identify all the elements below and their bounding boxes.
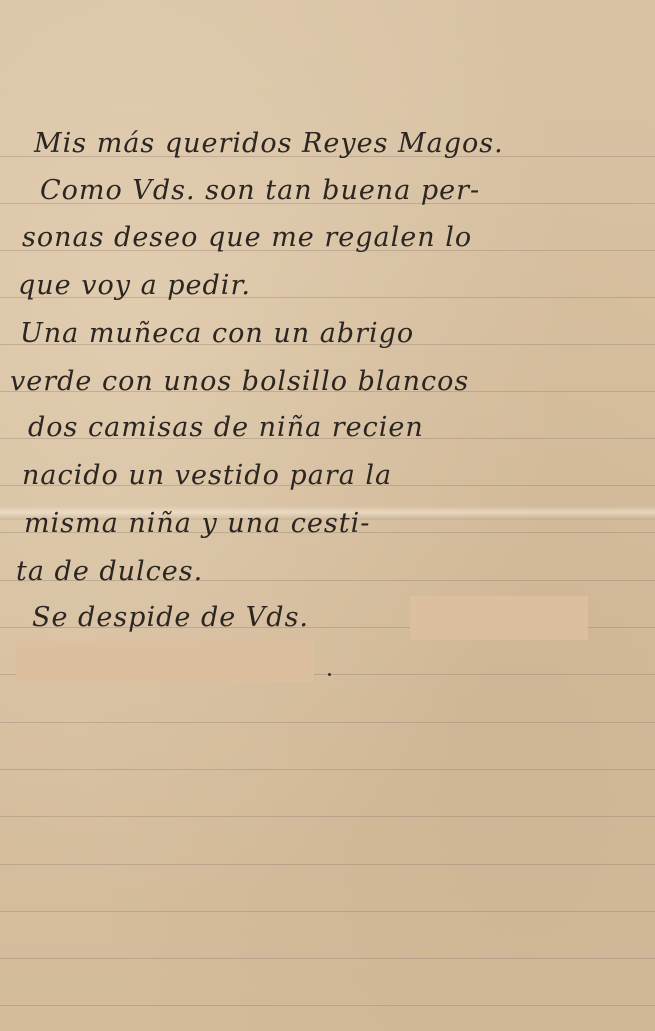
letter-line: verde con unos bolsillo blancos xyxy=(10,366,469,397)
letter-page: Mis más queridos Reyes Magos. Como Vds. … xyxy=(0,0,655,1031)
ruled-line xyxy=(0,769,655,770)
redacted-signature-surname xyxy=(16,641,314,682)
ruled-line xyxy=(0,958,655,959)
letter-line: Una muñeca con un abrigo xyxy=(20,318,414,349)
letter-line: que voy a pedir. xyxy=(18,270,251,301)
letter-line: sonas deseo que me regalen lo xyxy=(22,222,472,253)
ruled-line xyxy=(0,911,655,912)
ruled-line xyxy=(0,816,655,817)
letter-line: ta de dulces. xyxy=(16,556,203,587)
letter-line: nacido un vestido para la xyxy=(22,460,392,491)
redacted-signature-name xyxy=(410,596,588,640)
greeting-line: Mis más queridos Reyes Magos. xyxy=(34,128,504,159)
ruled-line xyxy=(0,1005,655,1006)
letter-line: misma niña y una cesti- xyxy=(24,508,370,539)
ink-dot xyxy=(328,673,331,676)
ruled-line xyxy=(0,722,655,723)
letter-line: Como Vds. son tan buena per- xyxy=(40,175,480,206)
letter-line: dos camisas de niña recien xyxy=(28,412,424,443)
closing-line: Se despide de Vds. xyxy=(32,602,309,633)
ruled-line xyxy=(0,864,655,865)
